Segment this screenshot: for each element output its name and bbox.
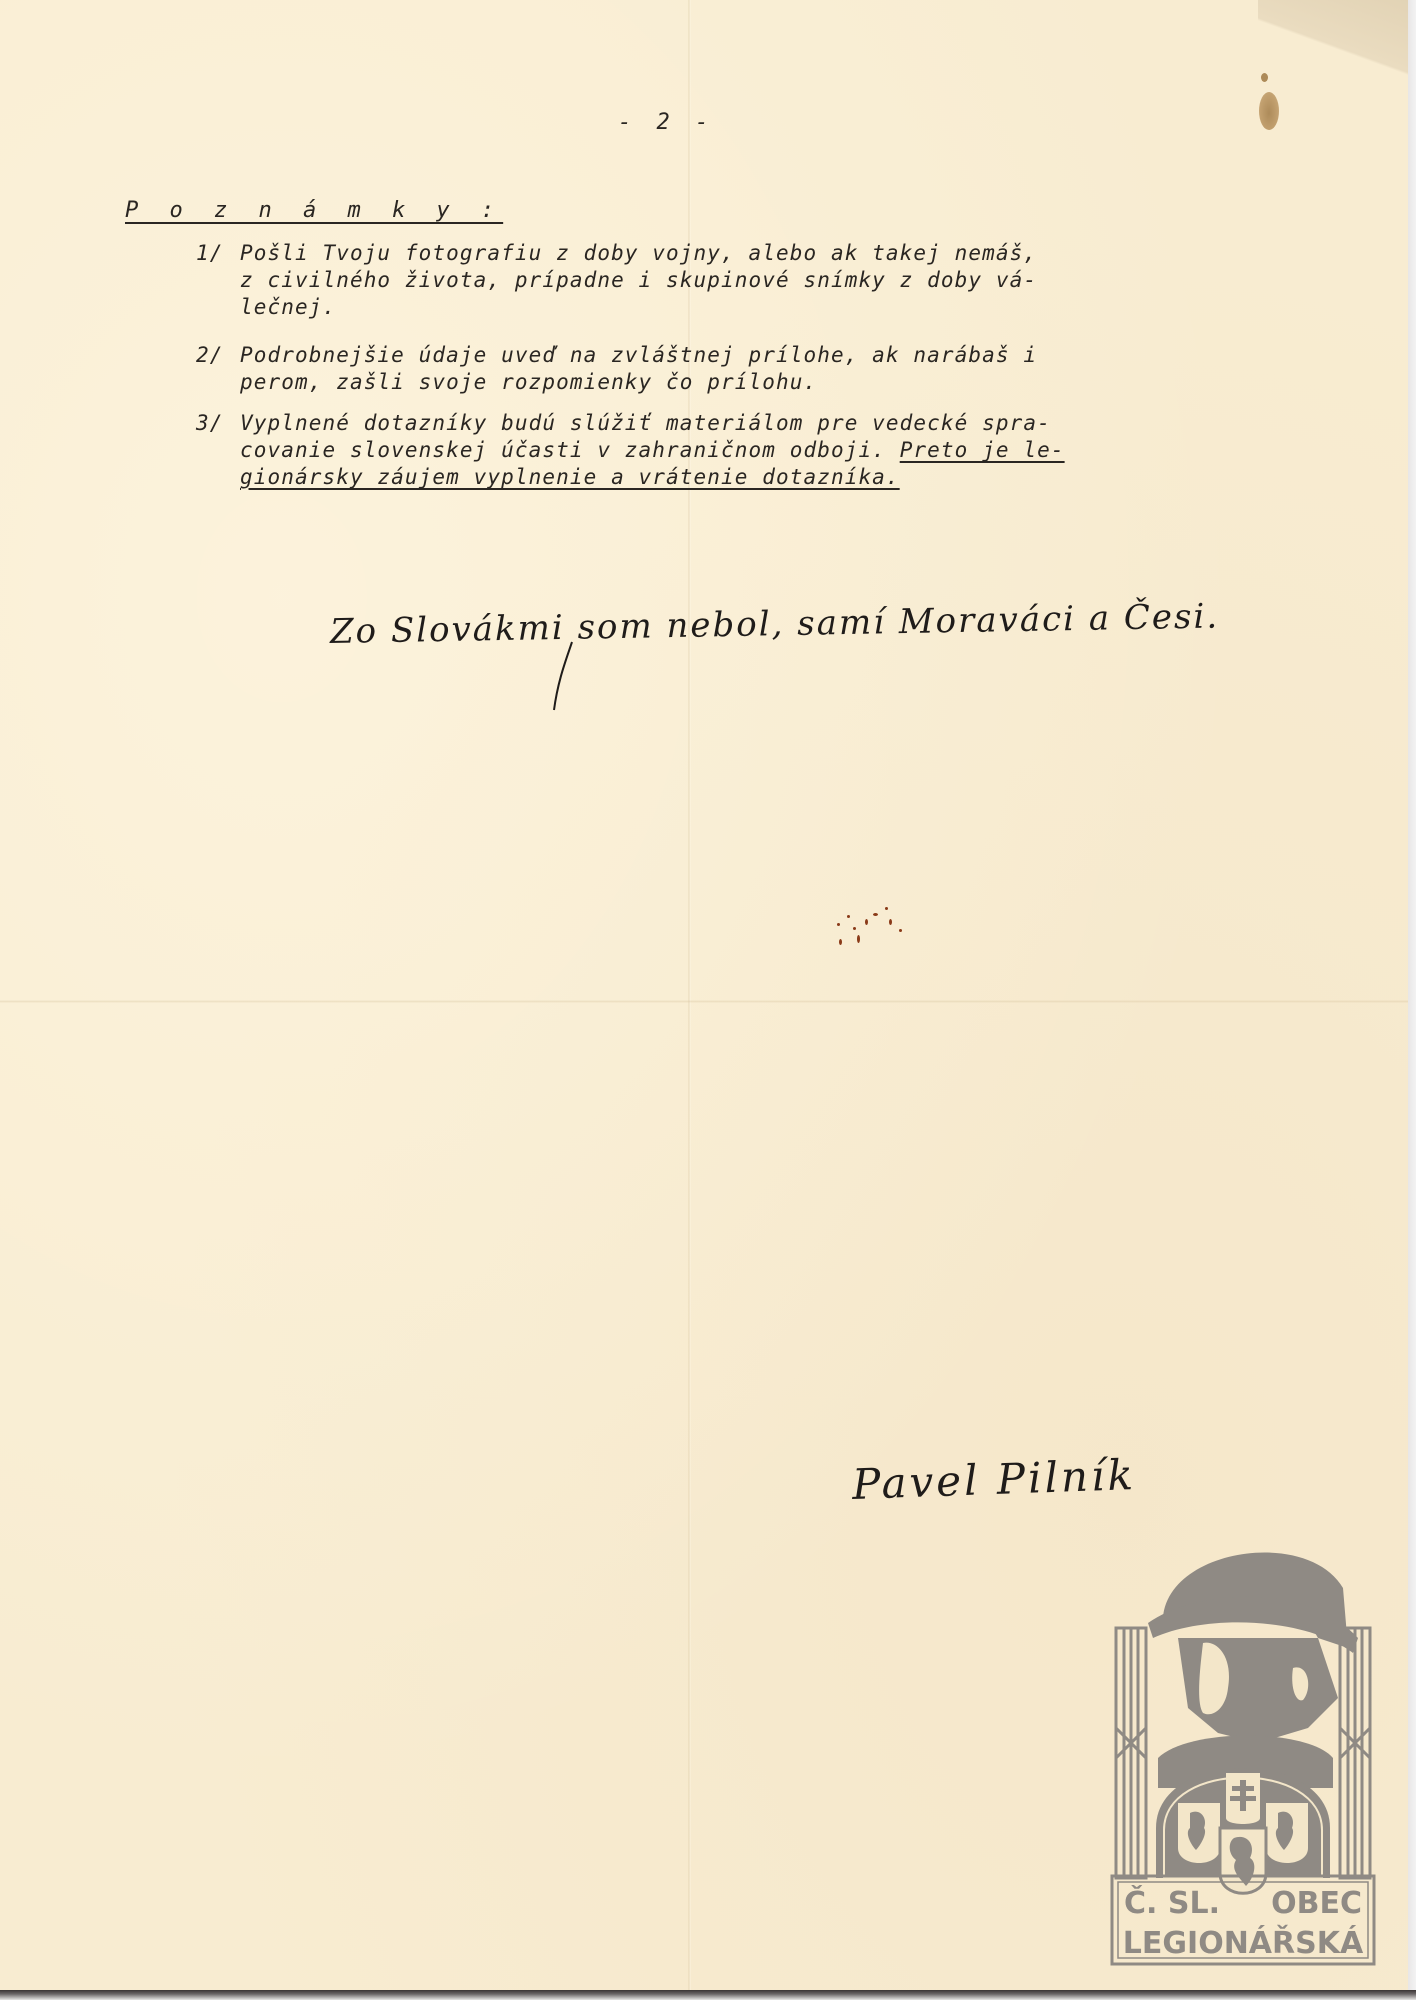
note-text-line: Vyplnené dotazníky budú slúžiť materiálo… bbox=[240, 411, 1051, 435]
handwritten-note: Zo Slovákmi som nebol, samí Moraváci a Č… bbox=[330, 596, 1220, 652]
handwriting-descender bbox=[548, 640, 578, 712]
folded-corner bbox=[1258, 0, 1408, 90]
logo-text-line-2: LEGIONÁŘSKÁ bbox=[1114, 1926, 1372, 1961]
scan-edge-bottom bbox=[0, 1990, 1416, 2000]
note-item-1: 1/Pošli Tvoju fotografiu z doby vojny, a… bbox=[196, 240, 1276, 321]
scan-edge-right bbox=[1408, 0, 1416, 1990]
note-text-line: Podrobnejšie údaje uveď na zvláštnej prí… bbox=[240, 343, 1037, 367]
stain-mark bbox=[1259, 92, 1279, 130]
note-text-line: perom, zašli svoje rozpomienky čo príloh… bbox=[196, 369, 1276, 396]
horizontal-fold-crease bbox=[0, 1000, 1408, 1003]
note-number: 2/ bbox=[196, 342, 240, 369]
note-text-line: Pošli Tvoju fotografiu z doby vojny, ale… bbox=[240, 241, 1037, 265]
note-text-line: lečnej. bbox=[196, 294, 1276, 321]
ink-speckles bbox=[835, 905, 905, 945]
underlined-text: Preto je le- bbox=[900, 438, 1065, 462]
legion-logo: Č. SL. OBEC LEGIONÁŘSKÁ bbox=[1108, 1528, 1378, 1968]
note-item-2: 2/Podrobnejšie údaje uveď na zvláštnej p… bbox=[196, 342, 1276, 396]
note-number: 3/ bbox=[196, 410, 240, 437]
document-page: - 2 - P o z n á m k y : 1/Pošli Tvoju fo… bbox=[0, 0, 1408, 1990]
note-number: 1/ bbox=[196, 240, 240, 267]
logo-text-line-1: Č. SL. OBEC bbox=[1114, 1886, 1372, 1921]
logo-text-right: OBEC bbox=[1271, 1886, 1362, 1921]
note-item-3: 3/Vyplnené dotazníky budú slúžiť materiá… bbox=[196, 410, 1276, 491]
note-text-line: covanie slovenskej účasti v zahraničnom … bbox=[240, 438, 886, 462]
page-number: - 2 - bbox=[618, 110, 714, 135]
stain-dot bbox=[1261, 73, 1268, 82]
notes-heading: P o z n á m k y : bbox=[125, 198, 503, 223]
signature: Pavel Pilník bbox=[851, 1450, 1136, 1509]
underlined-text: gionársky záujem vyplnenie a vrátenie do… bbox=[240, 465, 900, 489]
note-text-line: z civilného života, prípadne i skupinové… bbox=[196, 267, 1276, 294]
logo-text-left: Č. SL. bbox=[1124, 1886, 1220, 1921]
